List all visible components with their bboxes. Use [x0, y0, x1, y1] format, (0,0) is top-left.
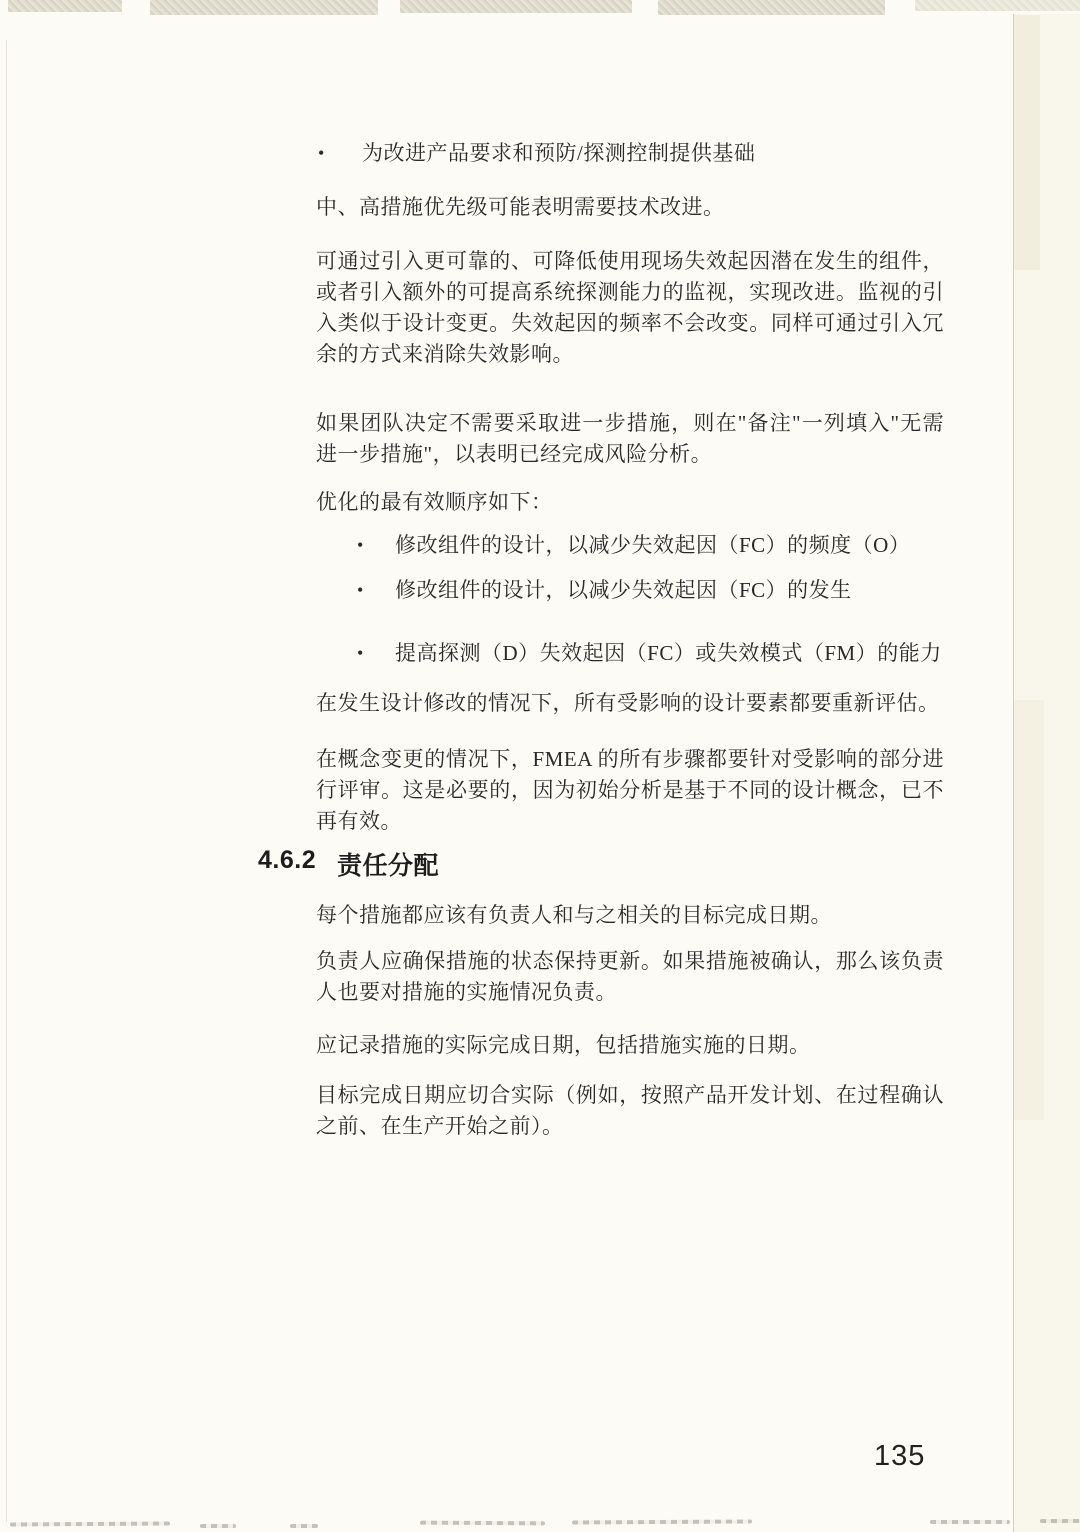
paragraph-optimization-intro: 优化的最有效顺序如下： [316, 487, 944, 518]
list-item: • 为改进产品要求和预防/探测控制提供基础 [318, 138, 958, 169]
document-page: • 为改进产品要求和预防/探测控制提供基础 中、高措施优先级可能表明需要技术改进… [0, 0, 1080, 1532]
list-item: • 修改组件的设计，以减少失效起因（FC）的频度（O） [357, 530, 957, 561]
scan-artifact-top-strip [658, 0, 885, 15]
bullet-icon: • [357, 575, 395, 606]
paragraph-improvement: 可通过引入更可靠的、可降低使用现场失效起因潜在发生的组件，或者引入额外的可提高系… [316, 246, 944, 370]
paragraph-record-dates: 应记录措施的实际完成日期，包括措施实施的日期。 [316, 1030, 944, 1061]
bullet-icon: • [357, 638, 395, 669]
list-item-text: 为改进产品要求和预防/探测控制提供基础 [362, 138, 755, 169]
scan-artifact-top-strip [8, 0, 122, 12]
section-title: 责任分配 [337, 846, 439, 882]
scan-artifact-right-patch [1014, 700, 1044, 1120]
paragraph-no-further-action: 如果团队决定不需要采取进一步措施，则在"备注"一列填入"无需进一步措施"，以表明… [316, 408, 944, 470]
scan-artifact-seam-line [1013, 14, 1014, 1532]
scan-artifact-bottom-smudge [200, 1524, 236, 1528]
scan-artifact-bottom-smudge [572, 1520, 752, 1525]
scan-artifact-bottom-smudge [930, 1520, 1010, 1524]
scan-artifact-bottom-smudge [10, 1521, 170, 1526]
paragraph-responsible-intro: 每个措施都应该有负责人和与之相关的目标完成日期。 [316, 900, 944, 931]
scan-artifact-left-edge [6, 40, 7, 1522]
list-item-text: 修改组件的设计，以减少失效起因（FC）的频度（O） [395, 530, 910, 561]
scan-artifact-bottom-smudge [420, 1521, 545, 1526]
section-heading: 4.6.2 责任分配 [258, 846, 439, 882]
bullet-icon: • [357, 530, 395, 561]
scan-artifact-right-patch [1014, 15, 1040, 270]
scan-artifact-bottom-smudge [1040, 1519, 1080, 1523]
list-item-text: 修改组件的设计，以减少失效起因（FC）的发生 [395, 575, 852, 606]
scan-artifact-bottom-smudge [290, 1524, 318, 1528]
paragraph-responsible-status: 负责人应确保措施的状态保持更新。如果措施被确认，那么该负责人也要对措施的实施情况… [316, 946, 944, 1008]
scan-artifact-top-strip [400, 0, 632, 13]
scan-artifact-top-strip [150, 0, 378, 15]
bullet-icon: • [318, 138, 362, 169]
list-item: • 修改组件的设计，以减少失效起因（FC）的发生 [357, 575, 957, 606]
page-number: 135 [874, 1440, 925, 1473]
list-item: • 提高探测（D）失效起因（FC）或失效模式（FM）的能力 [357, 638, 957, 669]
paragraph-concept-change: 在概念变更的情况下，FMEA 的所有步骤都要针对受影响的部分进行评审。这是必要的… [316, 744, 944, 837]
section-number: 4.6.2 [258, 846, 337, 882]
paragraph-medium-high: 中、高措施优先级可能表明需要技术改进。 [316, 192, 944, 223]
paragraph-target-dates: 目标完成日期应切合实际（例如，按照产品开发计划、在过程确认之前、在生产开始之前）… [316, 1080, 944, 1142]
paragraph-design-modification: 在发生设计修改的情况下，所有受影响的设计要素都要重新评估。 [316, 688, 944, 719]
list-item-text: 提高探测（D）失效起因（FC）或失效模式（FM）的能力 [395, 638, 942, 669]
scan-artifact-top-strip [915, 0, 1080, 11]
